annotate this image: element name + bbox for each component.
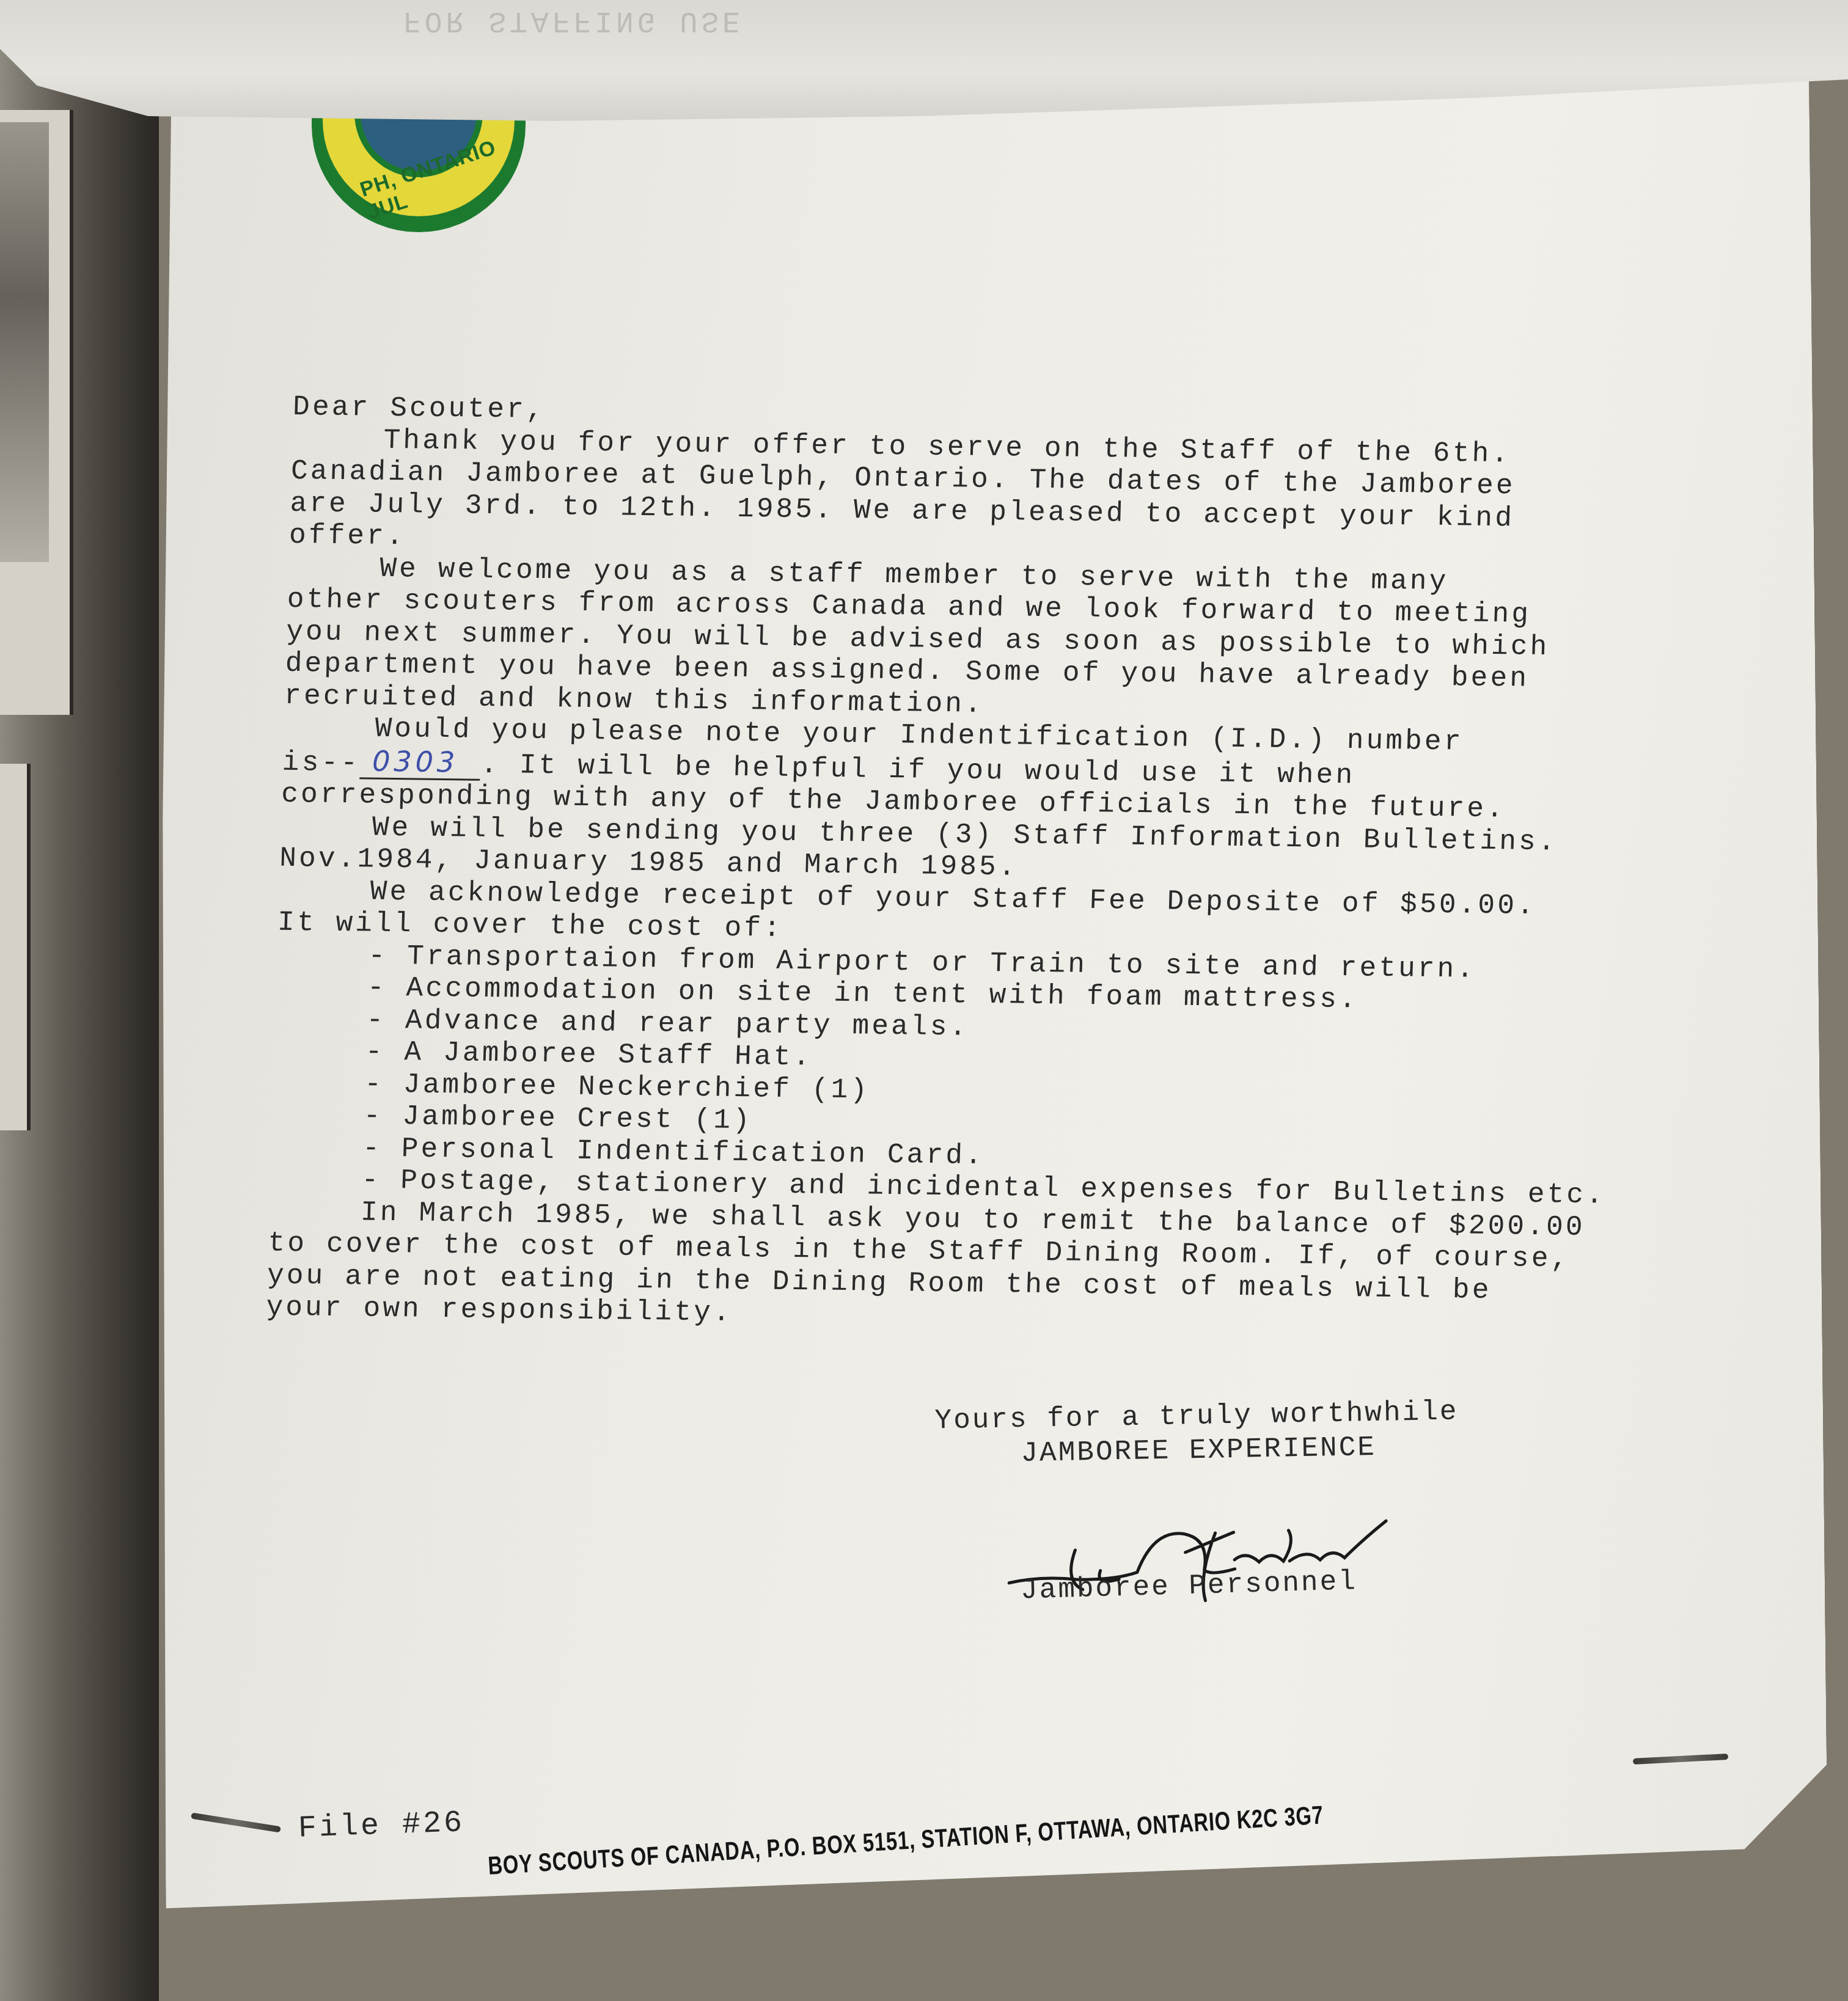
covered-items-list: - Transportaion from Airport or Train to… bbox=[269, 938, 1658, 1212]
paragraph-id-number: Would you please note your Indentificati… bbox=[281, 712, 1665, 827]
newspaper-clipping bbox=[0, 110, 73, 715]
id-prefix: is-- bbox=[282, 746, 361, 779]
newspaper-clipping bbox=[0, 764, 31, 1130]
letter-body: Dear Scouter, Thank you for your offer t… bbox=[266, 391, 1674, 1341]
bleed-through-text: FOR STAFFING USE bbox=[403, 4, 744, 37]
file-number-label: File #26 bbox=[298, 1805, 465, 1846]
paragraph-thanks: Thank you for your offer to serve on the… bbox=[288, 423, 1673, 568]
handwritten-id-number: 0303 bbox=[359, 744, 481, 780]
paragraph-balance: In March 1985, we shall ask you to remit… bbox=[266, 1195, 1651, 1341]
paragraph-welcome: We welcome you as a staff member to serv… bbox=[284, 551, 1670, 728]
clipping-photo bbox=[0, 122, 49, 562]
closing: Yours for a truly worthwhile JAMBOREE EX… bbox=[934, 1395, 1459, 1472]
